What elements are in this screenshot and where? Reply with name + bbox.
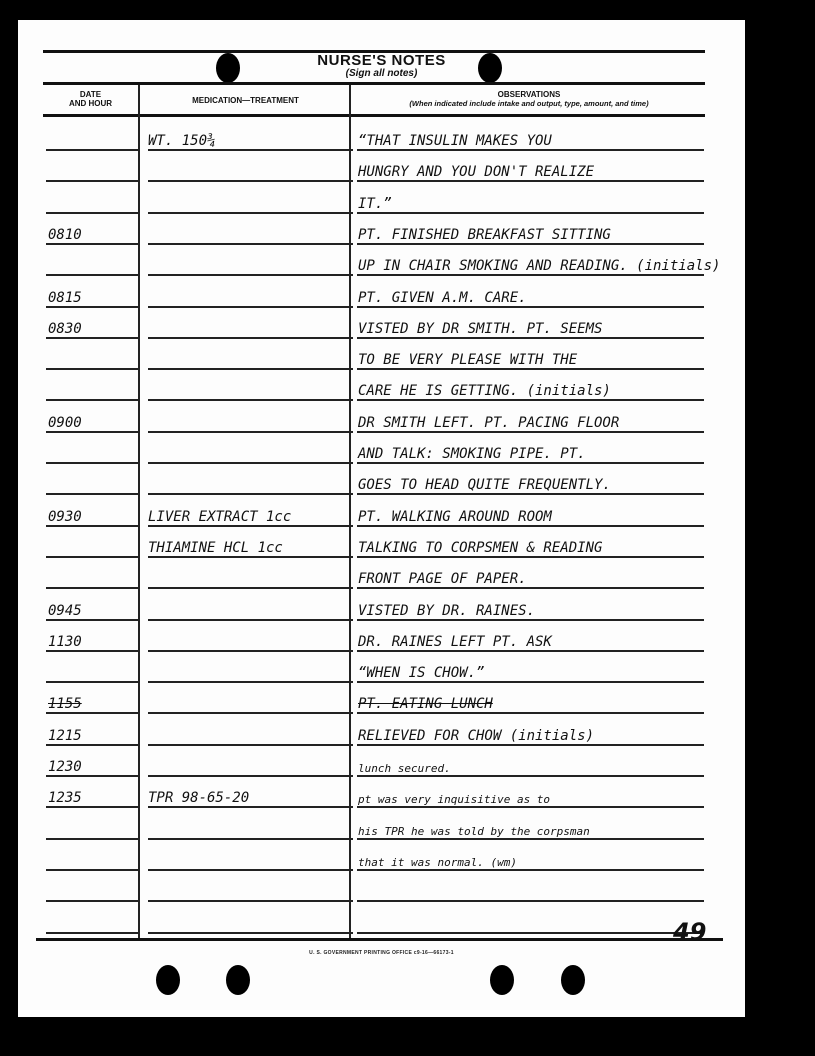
observation-cell: RELIEVED FOR CHOW (initials)	[358, 728, 718, 744]
table-row: 1130DR. RAINES LEFT PT. ASK	[43, 621, 703, 652]
column-header-observations: OBSERVATIONS (When indicated include int…	[354, 90, 704, 108]
table-row: 1155PT. EATING LUNCH	[43, 683, 703, 714]
ruled-line	[357, 932, 704, 934]
medication-cell: LIVER EXTRACT 1cc	[148, 509, 348, 525]
time-cell: 1130	[48, 634, 138, 650]
medication-cell: WT. 150¾	[148, 133, 348, 149]
table-row: HUNGRY AND YOU DON'T REALIZE	[43, 151, 703, 182]
form-title: NURSE'S NOTES	[18, 52, 745, 69]
table-row: AND TALK: SMOKING PIPE. PT.	[43, 433, 703, 464]
time-cell: 0815	[48, 290, 138, 306]
punch-hole	[561, 965, 585, 995]
observation-cell: that it was normal. (wm)	[358, 856, 718, 869]
table-row: CARE HE IS GETTING. (initials)	[43, 370, 703, 401]
observation-cell: CARE HE IS GETTING. (initials)	[358, 383, 718, 399]
observation-cell: PT. WALKING AROUND ROOM	[358, 509, 718, 525]
medication-cell: TPR 98-65-20	[148, 790, 348, 806]
observation-cell: VISTED BY DR SMITH. PT. SEEMS	[358, 321, 718, 337]
table-row: GOES TO HEAD QUITE FREQUENTLY.	[43, 464, 703, 495]
column-header-medication: MEDICATION—TREATMENT	[143, 96, 348, 105]
header-rule	[43, 82, 705, 85]
observation-cell: PT. FINISHED BREAKFAST SITTING	[358, 227, 718, 243]
observation-cell: DR SMITH LEFT. PT. PACING FLOOR	[358, 415, 718, 431]
observation-cell: AND TALK: SMOKING PIPE. PT.	[358, 446, 718, 462]
observation-cell: IT.”	[358, 196, 718, 212]
table-row: IT.”	[43, 183, 703, 214]
table-row: UP IN CHAIR SMOKING AND READING. (initia…	[43, 245, 703, 276]
page-number: 49	[673, 918, 706, 946]
table-row: FRONT PAGE OF PAPER.	[43, 558, 703, 589]
medication-cell: THIAMINE HCL 1cc	[148, 540, 348, 556]
column-header-rule	[43, 114, 705, 117]
time-cell: 0810	[48, 227, 138, 243]
punch-hole	[226, 965, 250, 995]
table-row: 1215RELIEVED FOR CHOW (initials)	[43, 715, 703, 746]
time-cell: 0930	[48, 509, 138, 525]
observation-cell: HUNGRY AND YOU DON'T REALIZE	[358, 164, 718, 180]
table-row: 0830VISTED BY DR SMITH. PT. SEEMS	[43, 308, 703, 339]
punch-hole	[490, 965, 514, 995]
time-cell: 1235	[48, 790, 138, 806]
table-row: WT. 150¾“THAT INSULIN MAKES YOU	[43, 120, 703, 151]
observation-cell: lunch secured.	[358, 762, 718, 775]
form-subtitle: (Sign all notes)	[18, 68, 745, 79]
observation-cell: “THAT INSULIN MAKES YOU	[358, 133, 718, 149]
column-header-date: DATE AND HOUR	[43, 90, 138, 108]
observation-cell: GOES TO HEAD QUITE FREQUENTLY.	[358, 477, 718, 493]
time-cell: 0830	[48, 321, 138, 337]
table-row: THIAMINE HCL 1ccTALKING TO CORPSMEN & RE…	[43, 527, 703, 558]
table-row	[43, 871, 703, 902]
time-cell: 0900	[48, 415, 138, 431]
table-row: TO BE VERY PLEASE WITH THE	[43, 339, 703, 370]
time-cell: 0945	[48, 603, 138, 619]
observation-cell: pt was very inquisitive as to	[358, 793, 718, 806]
table-row: 0900DR SMITH LEFT. PT. PACING FLOOR	[43, 402, 703, 433]
table-row	[43, 903, 703, 934]
observation-cell: PT. EATING LUNCH	[358, 696, 718, 712]
punch-hole	[156, 965, 180, 995]
table-row: 0810PT. FINISHED BREAKFAST SITTING	[43, 214, 703, 245]
observation-cell: TALKING TO CORPSMEN & READING	[358, 540, 718, 556]
observation-cell: his TPR he was told by the corpsman	[358, 825, 718, 838]
time-cell: 1155	[48, 696, 138, 712]
time-cell: 1230	[48, 759, 138, 775]
printing-office-footer: U. S. GOVERNMENT PRINTING OFFICE c9-16—6…	[18, 950, 745, 956]
observation-cell: “WHEN IS CHOW.”	[358, 665, 718, 681]
ruled-line	[46, 932, 138, 934]
observation-cell: TO BE VERY PLEASE WITH THE	[358, 352, 718, 368]
table-row: his TPR he was told by the corpsman	[43, 809, 703, 840]
observation-cell: DR. RAINES LEFT PT. ASK	[358, 634, 718, 650]
observation-cell: FRONT PAGE OF PAPER.	[358, 571, 718, 587]
observation-cell: VISTED BY DR. RAINES.	[358, 603, 718, 619]
nurses-notes-form: NURSE'S NOTES (Sign all notes) DATE AND …	[18, 20, 745, 1017]
time-cell: 1215	[48, 728, 138, 744]
observation-cell: PT. GIVEN A.M. CARE.	[358, 290, 718, 306]
bottom-rule	[36, 938, 723, 941]
table-row: that it was normal. (wm)	[43, 840, 703, 871]
table-row: 1230lunch secured.	[43, 746, 703, 777]
observations-note: (When indicated include intake and outpu…	[354, 99, 704, 108]
table-row: 0815PT. GIVEN A.M. CARE.	[43, 277, 703, 308]
table-row: 1235TPR 98-65-20pt was very inquisitive …	[43, 777, 703, 808]
table-row: 0930LIVER EXTRACT 1ccPT. WALKING AROUND …	[43, 496, 703, 527]
observation-cell: UP IN CHAIR SMOKING AND READING. (initia…	[358, 258, 718, 274]
observations-label: OBSERVATIONS	[354, 90, 704, 99]
table-row: 0945VISTED BY DR. RAINES.	[43, 590, 703, 621]
table-row: “WHEN IS CHOW.”	[43, 652, 703, 683]
ruled-line	[148, 932, 353, 934]
